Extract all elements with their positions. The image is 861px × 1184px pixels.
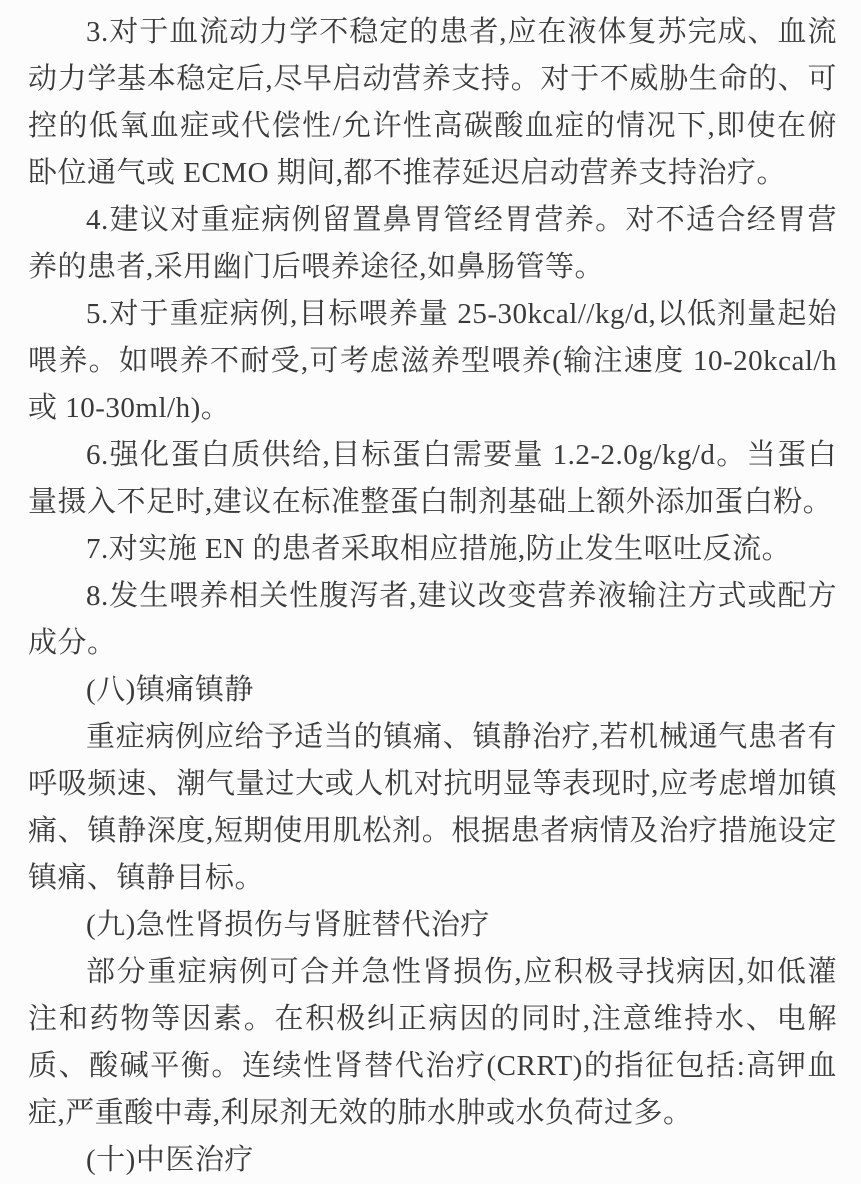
paragraph-item-3: 3.对于血流动力学不稳定的患者,应在液体复苏完成、血流动力学基本稳定后,尽早启动… bbox=[28, 9, 837, 197]
paragraph-sedation-detail: 重症病例应给予适当的镇痛、镇静治疗,若机械通气患者有呼吸频速、潮气量过大或人机对… bbox=[28, 714, 837, 902]
paragraph-item-5: 5.对于重症病例,目标喂养量 25-30kcal//kg/d,以低剂量起始喂养。… bbox=[28, 291, 837, 432]
paragraph-item-8: 8.发生喂养相关性腹泻者,建议改变营养液输注方式或配方成分。 bbox=[28, 573, 837, 667]
document-page: 3.对于血流动力学不稳定的患者,应在液体复苏完成、血流动力学基本稳定后,尽早启动… bbox=[0, 0, 861, 1184]
paragraph-aki-detail: 部分重症病例可合并急性肾损伤,应积极寻找病因,如低灌注和药物等因素。在积极纠正病… bbox=[28, 949, 837, 1137]
section-heading-9-aki-rrt: (九)急性肾损伤与肾脏替代治疗 bbox=[28, 902, 837, 949]
paragraph-item-6: 6.强化蛋白质供给,目标蛋白需要量 1.2-2.0g/kg/d。当蛋白量摄入不足… bbox=[28, 432, 837, 526]
paragraph-item-4: 4.建议对重症病例留置鼻胃管经胃营养。对不适合经胃营养的患者,采用幽门后喂养途径… bbox=[28, 197, 837, 291]
section-heading-8-analgesia-sedation: (八)镇痛镇静 bbox=[28, 667, 837, 714]
section-heading-10-tcm: (十)中医治疗 bbox=[28, 1137, 837, 1184]
paragraph-item-7: 7.对实施 EN 的患者采取相应措施,防止发生呕吐反流。 bbox=[28, 526, 837, 573]
